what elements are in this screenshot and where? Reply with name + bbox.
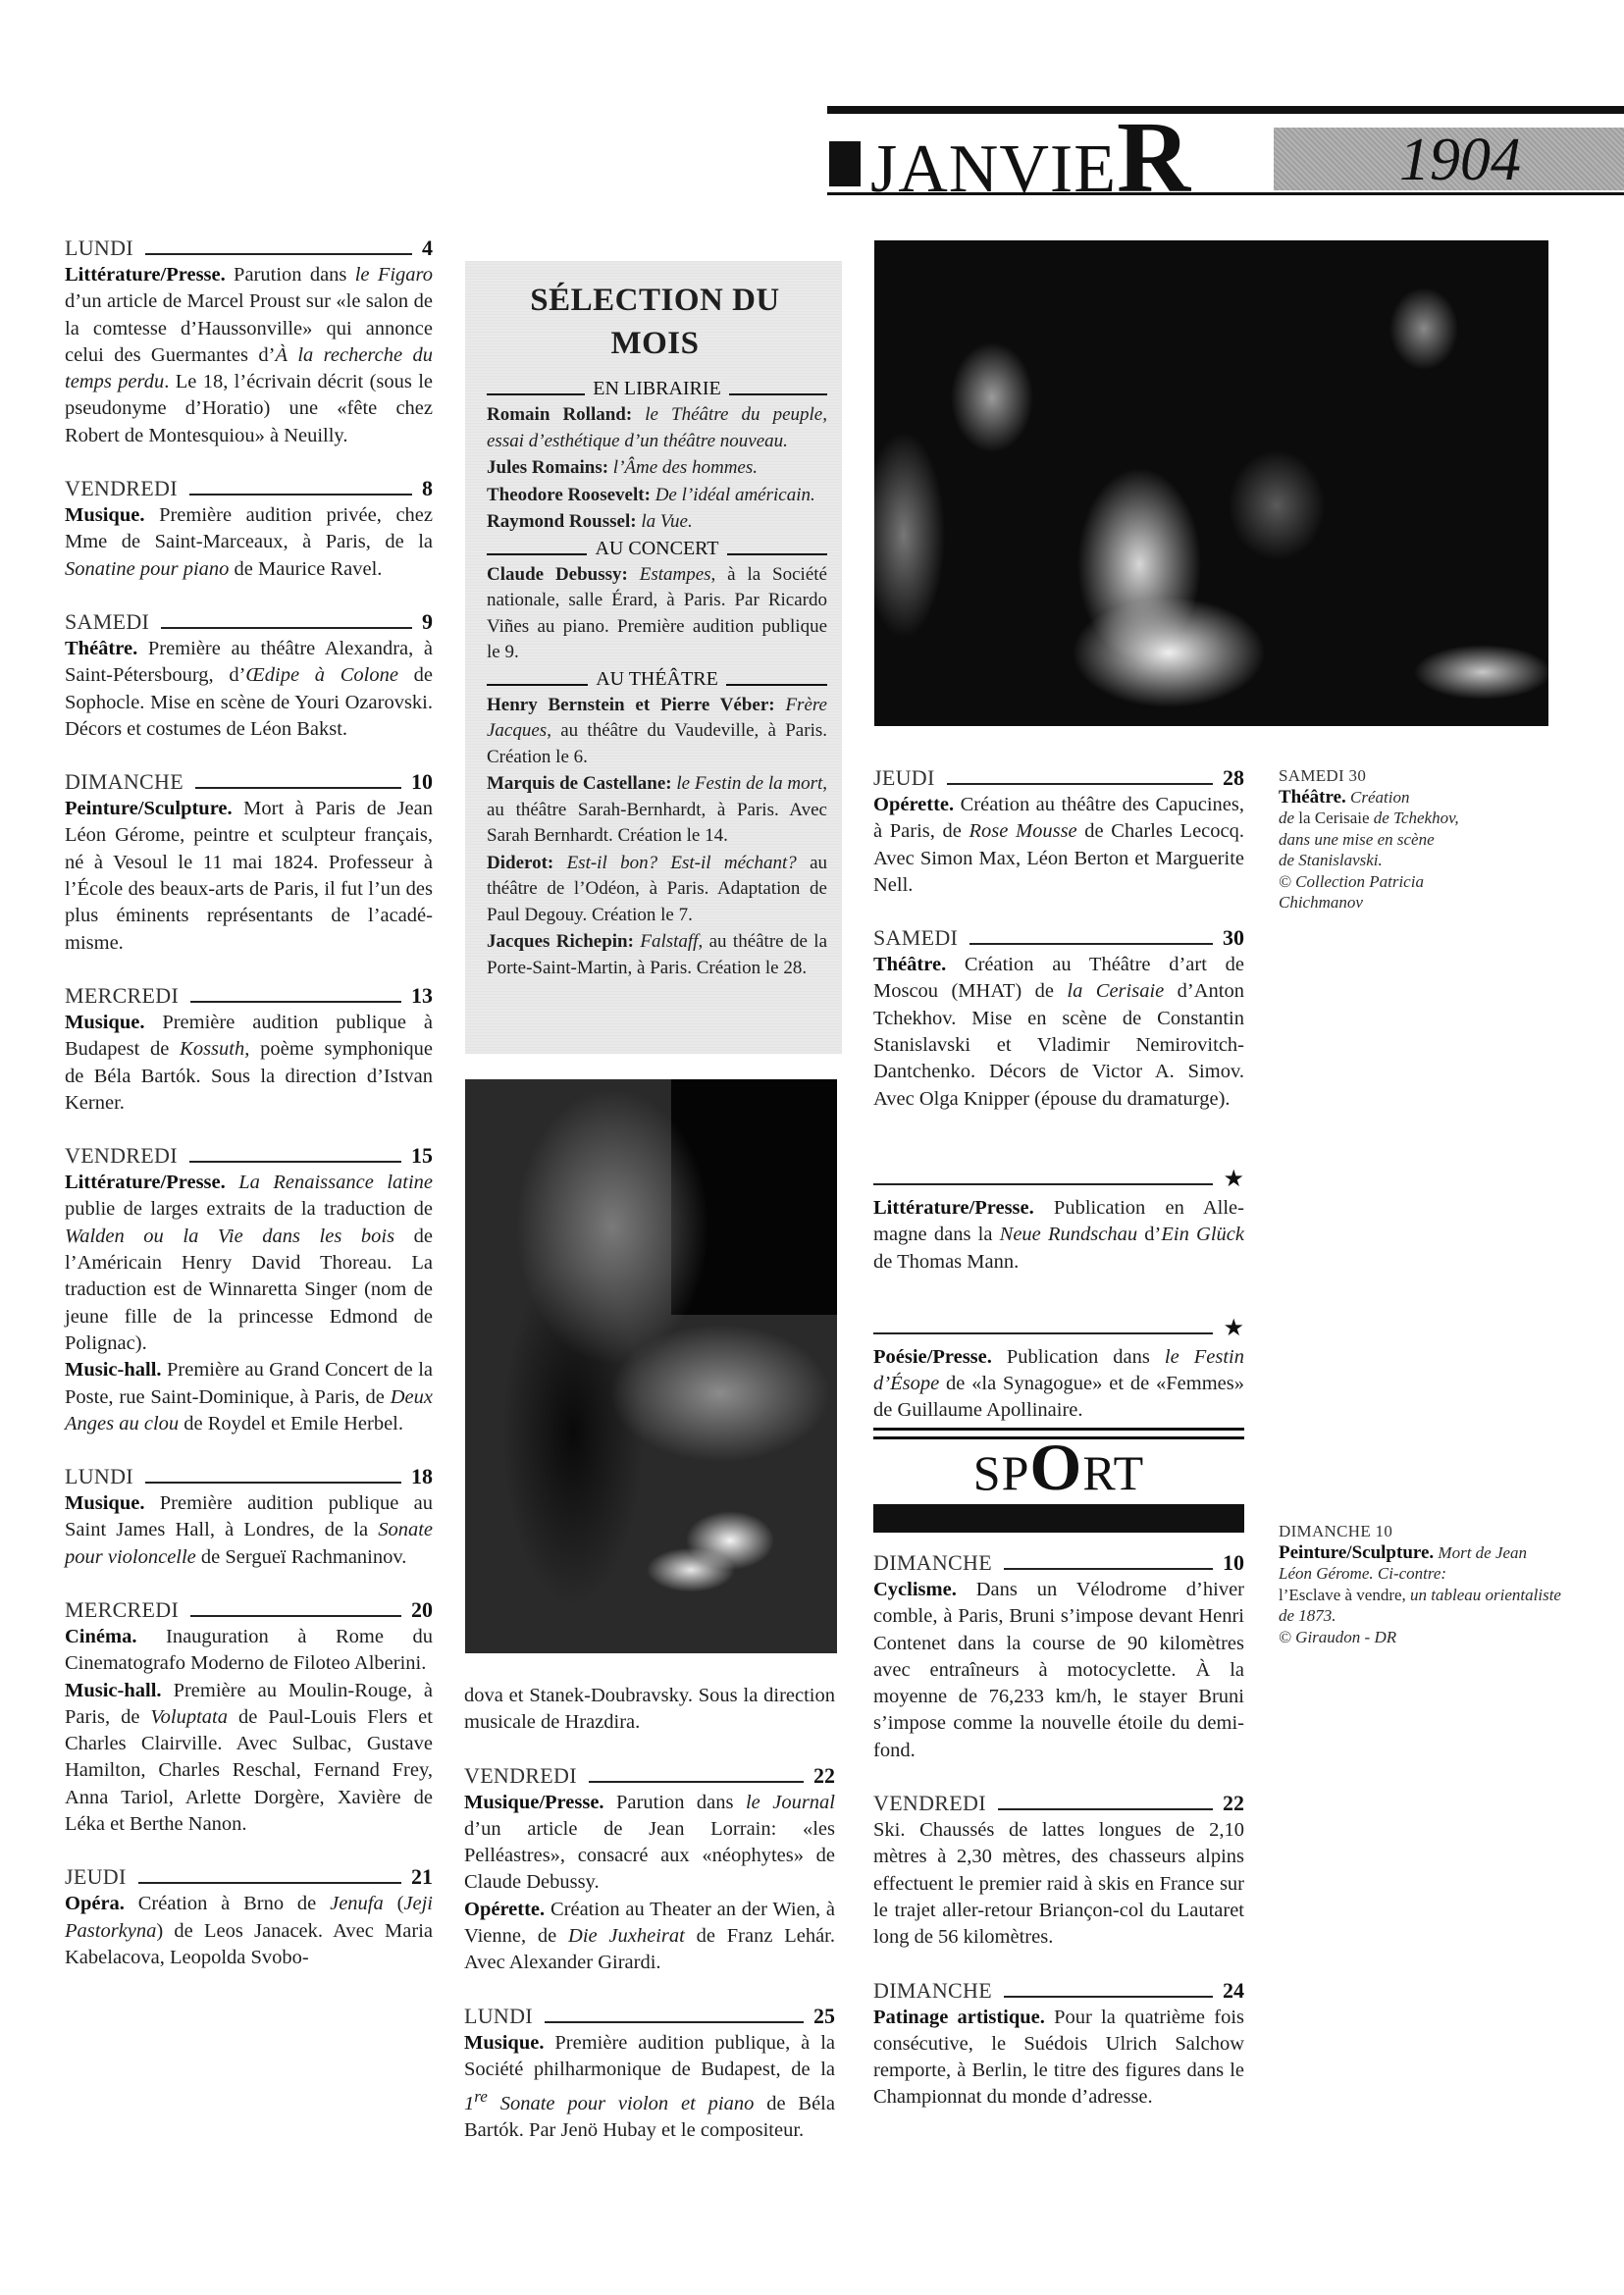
day-number: 10 bbox=[411, 769, 433, 795]
entry-paragraph: Musique. Première audition publique, à l… bbox=[464, 2030, 835, 2145]
entry-paragraph: Music-hall. Première au Moulin-Rouge, à … bbox=[65, 1678, 433, 1839]
chronicle-entry: DIMANCHE24Patinage artistique. Pour la q… bbox=[873, 1978, 1244, 2112]
caption-esclave: DIMANCHE 10 Peinture/Sculpture. Mort de … bbox=[1279, 1521, 1563, 1647]
entry-paragraph: Opérette. Création au théâtre des Capuci… bbox=[873, 792, 1244, 899]
star-header: ★ bbox=[873, 1166, 1244, 1191]
star-rule bbox=[873, 1332, 1213, 1334]
day-header: DIMANCHE10 bbox=[65, 769, 433, 795]
entry-text: La Renaissance latine publie de larges e… bbox=[65, 1172, 433, 1354]
day-name: VENDREDI bbox=[464, 1763, 577, 1789]
sport-section-header: SPORT bbox=[873, 1428, 1244, 1533]
sport-title-part: RT bbox=[1082, 1445, 1144, 1500]
entry-text: Parution dans le Figaro d’un article de … bbox=[65, 264, 433, 446]
selection-item: Henry Bernstein et Pierre Véber: Frère J… bbox=[487, 693, 827, 771]
chronicle-entry: DIMANCHE10Cyclisme. Dans un Vélodrome d’… bbox=[873, 1550, 1244, 1764]
masthead-bottom-rule bbox=[827, 192, 1624, 195]
day-name: DIMANCHE bbox=[873, 1550, 992, 1576]
day-name: VENDREDI bbox=[65, 1143, 178, 1169]
day-header: DIMANCHE24 bbox=[873, 1978, 1244, 2004]
day-header: VENDREDI22 bbox=[464, 1763, 835, 1789]
selection-item: Theodore Roosevelt: De l’idéal améri­cai… bbox=[487, 483, 827, 509]
subheading-rule bbox=[487, 684, 588, 686]
chronicle-entry: JEUDI28Opérette. Création au théâtre des… bbox=[873, 765, 1244, 899]
entry-paragraph: Peinture/Sculpture. Mort à Paris de Jean… bbox=[65, 796, 433, 957]
starred-entries: ★Littérature/Presse. Publication en Alle… bbox=[873, 1166, 1244, 1451]
day-rule bbox=[589, 1781, 804, 1783]
day-rule bbox=[545, 2021, 804, 2023]
chronicle-entry: JEUDI21Opéra. Création à Brno de Jenufa … bbox=[65, 1864, 433, 1971]
caption-day: SAMEDI 30 bbox=[1279, 765, 1563, 787]
column-3-chronicle: JEUDI28Opérette. Création au théâtre des… bbox=[873, 765, 1244, 1139]
chronicle-entry: LUNDI4Littérature/Presse. Parution dans … bbox=[65, 235, 433, 449]
day-number: 25 bbox=[813, 2004, 835, 2029]
entry-category: Opérette. bbox=[464, 1899, 545, 1920]
sport-black-bar bbox=[873, 1504, 1244, 1533]
day-rule bbox=[145, 253, 412, 255]
day-rule bbox=[161, 627, 412, 629]
entry-category: Music-hall. bbox=[65, 1359, 162, 1381]
month-label-last-letter: R bbox=[1117, 101, 1191, 214]
day-number: 22 bbox=[813, 1763, 835, 1789]
entry-paragraph: Théâtre. Création au Théâtre d’art de Mo… bbox=[873, 952, 1244, 1113]
day-header: MERCREDI13 bbox=[65, 983, 433, 1009]
entry-category: Cyclisme. bbox=[873, 1579, 957, 1600]
chronicle-entry: VENDREDI22Ski. Chaussés de lattes longue… bbox=[873, 1791, 1244, 1951]
entry-paragraph: Littérature/Presse. La Renaissance latin… bbox=[65, 1170, 433, 1357]
chronicle-entry: VENDREDI15Littérature/Presse. La Renaiss… bbox=[65, 1143, 433, 1437]
continued-text: dova et Stanek-Doubravsky. Sous la direc… bbox=[464, 1683, 835, 1737]
chronicle-entry: DIMANCHE10Peinture/Sculpture. Mort à Par… bbox=[65, 769, 433, 957]
selection-author: Romain Rolland: bbox=[487, 404, 632, 425]
day-number: 30 bbox=[1223, 925, 1244, 951]
entry-category: Poésie/Presse. bbox=[873, 1346, 992, 1368]
caption-day: DIMANCHE 10 bbox=[1279, 1521, 1563, 1542]
selection-author: Raymond Roussel: bbox=[487, 511, 637, 532]
day-header: JEUDI28 bbox=[873, 765, 1244, 791]
day-name: DIMANCHE bbox=[65, 769, 183, 795]
day-header: VENDREDI15 bbox=[65, 1143, 433, 1169]
entry-paragraph: Musique. Première audition publique à Bu… bbox=[65, 1010, 433, 1117]
year-box: 1904 bbox=[1274, 128, 1624, 190]
chronicle-entry: VENDREDI22Musique/Presse. Parution dans … bbox=[464, 1763, 835, 1977]
entry-paragraph: Opéra. Création à Brno de Jenufa (Jeji P… bbox=[65, 1891, 433, 1971]
cerisaie-cast-photo-image bbox=[874, 240, 1548, 726]
day-name: LUNDI bbox=[65, 1464, 133, 1489]
day-name: LUNDI bbox=[464, 2004, 533, 2029]
chronicle-entry: MERCREDI20Cinéma. Inauguration à Rome du… bbox=[65, 1597, 433, 1838]
entry-paragraph: Musique. Première audition publique au S… bbox=[65, 1490, 433, 1571]
entry-paragraph: Opérette. Création au Theater an der Wie… bbox=[464, 1897, 835, 1977]
selection-item: Jules Romains: l’Âme des hommes. bbox=[487, 455, 827, 482]
selection-subheading: EN LIBRAIRIE bbox=[487, 377, 827, 400]
subheading-rule bbox=[729, 393, 827, 395]
entry-category: Musique. bbox=[464, 2032, 544, 2054]
selection-author: Henry Bernstein et Pierre Véber: bbox=[487, 695, 775, 715]
entry-category: Patinage artistique. bbox=[873, 2007, 1045, 2028]
sport-title-part: SP bbox=[973, 1445, 1030, 1500]
day-rule bbox=[1004, 1568, 1213, 1570]
day-number: 9 bbox=[422, 609, 433, 635]
year-label: 1904 bbox=[1399, 130, 1521, 190]
entry-paragraph: Poésie/Presse. Publication dans le Festi… bbox=[873, 1344, 1244, 1425]
entry-text: Création au Théâtre d’art de Moscou (MHA… bbox=[873, 954, 1244, 1109]
selection-item: Marquis de Castellane: le Festin de la m… bbox=[487, 771, 827, 850]
chronicle-entry: LUNDI18Musique. Première audition publiq… bbox=[65, 1464, 433, 1571]
chronicle-entry: MERCREDI13Musique. Première audition pub… bbox=[65, 983, 433, 1117]
subheading-label: EN LIBRAIRIE bbox=[593, 377, 721, 400]
day-header: SAMEDI30 bbox=[873, 925, 1244, 951]
selection-item: Romain Rolland: le Théâtre du peuple, es… bbox=[487, 402, 827, 454]
caption-category: Peinture/Sculpture. bbox=[1279, 1542, 1434, 1563]
masthead-top-rule bbox=[827, 106, 1624, 114]
star-icon: ★ bbox=[1223, 1317, 1244, 1340]
day-rule bbox=[969, 943, 1213, 945]
day-number: 22 bbox=[1223, 1791, 1244, 1816]
day-name: LUNDI bbox=[65, 235, 133, 261]
selection-work: De l’idéal améri­cain. bbox=[651, 485, 815, 505]
day-header: LUNDI25 bbox=[464, 2004, 835, 2029]
day-header: VENDREDI22 bbox=[873, 1791, 1244, 1816]
selection-work: l’Âme des hommes. bbox=[608, 457, 758, 478]
entry-paragraph: Music-hall. Première au Grand Concert de… bbox=[65, 1357, 433, 1437]
selection-item: Diderot: Est-il bon? Est-il méchant? au … bbox=[487, 851, 827, 929]
star-rule bbox=[873, 1183, 1213, 1185]
selection-subheading: AU CONCERT bbox=[487, 537, 827, 560]
selection-author: Claude Debussy: bbox=[487, 564, 628, 585]
day-rule bbox=[189, 1161, 401, 1163]
entry-category: Théâtre. bbox=[873, 954, 946, 975]
chronicle-entry: LUNDI25Musique. Première audition publiq… bbox=[464, 2004, 835, 2145]
entry-paragraph: Littérature/Presse. Parution dans le Fig… bbox=[65, 262, 433, 449]
day-rule bbox=[138, 1882, 401, 1884]
selection-author: Jules Romains: bbox=[487, 457, 608, 478]
selection-item: Claude Debussy: Estampes, à la Société n… bbox=[487, 562, 827, 666]
subheading-label: AU CONCERT bbox=[595, 537, 718, 560]
selection-item: Jacques Richepin: Falstaff, au théâtre d… bbox=[487, 929, 827, 981]
column-2-entries: VENDREDI22Musique/Presse. Parution dans … bbox=[464, 1763, 835, 2145]
selection-du-mois-box: SÉLECTION DU MOIS EN LIBRAIRIERomain Rol… bbox=[465, 261, 842, 1054]
starred-entry: ★Littérature/Presse. Publication en Alle… bbox=[873, 1166, 1244, 1276]
entry-category: Musique. bbox=[65, 504, 144, 526]
entry-category: Musique/Presse. bbox=[464, 1792, 604, 1813]
selection-work: la Vue. bbox=[637, 511, 693, 532]
entry-text: Première au Moulin-Rouge, à Paris, de Vo… bbox=[65, 1680, 433, 1835]
day-number: 4 bbox=[422, 235, 433, 261]
day-number: 18 bbox=[411, 1464, 433, 1489]
day-number: 8 bbox=[422, 476, 433, 501]
entry-category: Musique. bbox=[65, 1012, 144, 1033]
entry-paragraph: Théâtre. Première au théâtre Alexan­dra,… bbox=[65, 636, 433, 743]
day-name: VENDREDI bbox=[65, 476, 178, 501]
entry-category: Littérature/Presse. bbox=[873, 1197, 1034, 1219]
day-number: 28 bbox=[1223, 765, 1244, 791]
sport-title-big-o: O bbox=[1029, 1430, 1082, 1504]
day-rule bbox=[1004, 1996, 1213, 1998]
day-number: 13 bbox=[411, 983, 433, 1009]
entry-text: Ski. Chaussés de lattes longues de 2,10 … bbox=[873, 1819, 1244, 1948]
day-rule bbox=[190, 1615, 401, 1617]
entry-text: Dans un Vélodrome d’hiver comble, à Pari… bbox=[873, 1579, 1244, 1761]
subheading-rule bbox=[727, 553, 827, 555]
entry-category: Littérature/Presse. bbox=[65, 264, 226, 286]
entry-category: Peinture/Sculpture. bbox=[65, 798, 233, 819]
entry-paragraph: Ski. Chaussés de lattes longues de 2,10 … bbox=[873, 1817, 1244, 1951]
selection-author: Diderot: bbox=[487, 853, 553, 873]
day-name: SAMEDI bbox=[65, 609, 149, 635]
subheading-label: AU THÉÂTRE bbox=[596, 667, 718, 691]
day-name: SAMEDI bbox=[873, 925, 958, 951]
day-number: 21 bbox=[411, 1864, 433, 1890]
day-number: 15 bbox=[411, 1143, 433, 1169]
sport-chronicle: DIMANCHE10Cyclisme. Dans un Vélodrome d’… bbox=[873, 1550, 1244, 2138]
day-name: DIMANCHE bbox=[873, 1978, 992, 2004]
day-header: JEUDI21 bbox=[65, 1864, 433, 1890]
column-2-chronicle: dova et Stanek-Doubravsky. Sous la direc… bbox=[464, 1683, 835, 2171]
day-rule bbox=[998, 1808, 1213, 1810]
day-header: LUNDI18 bbox=[65, 1464, 433, 1489]
day-name: MERCREDI bbox=[65, 1597, 179, 1623]
day-name: VENDREDI bbox=[873, 1791, 986, 1816]
esclave-a-vendre-painting-image bbox=[465, 1079, 837, 1653]
entry-paragraph: Patinage artistique. Pour la quatrième f… bbox=[873, 2005, 1244, 2112]
day-name: JEUDI bbox=[873, 765, 935, 791]
entry-paragraph: Littérature/Presse. Publication en Alle­… bbox=[873, 1195, 1244, 1276]
day-rule bbox=[195, 787, 401, 789]
month-label: JANVIE bbox=[870, 131, 1117, 207]
selection-item: Raymond Roussel: la Vue. bbox=[487, 509, 827, 536]
subheading-rule bbox=[487, 553, 587, 555]
star-header: ★ bbox=[873, 1315, 1244, 1340]
day-name: MERCREDI bbox=[65, 983, 179, 1009]
entry-paragraph: Musique/Presse. Parution dans le Jour­na… bbox=[464, 1790, 835, 1897]
column-1-chronicle: LUNDI4Littérature/Presse. Parution dans … bbox=[65, 235, 433, 1998]
chronicle-entry: VENDREDI8Musique. Première audition priv… bbox=[65, 476, 433, 583]
entry-category: Cinéma. bbox=[65, 1626, 136, 1647]
day-header: MERCREDI20 bbox=[65, 1597, 433, 1623]
masthead: JANVIER 1904 bbox=[827, 106, 1624, 196]
masthead-square-icon bbox=[829, 141, 861, 186]
subheading-rule bbox=[487, 393, 585, 395]
entry-paragraph: Cyclisme. Dans un Vélodrome d’hiver comb… bbox=[873, 1577, 1244, 1764]
entry-category: Musique. bbox=[65, 1492, 144, 1514]
day-rule bbox=[189, 494, 412, 496]
starred-entry: ★Poésie/Presse. Publication dans le Fest… bbox=[873, 1315, 1244, 1425]
day-number: 24 bbox=[1223, 1978, 1244, 2004]
entry-category: Opérette. bbox=[873, 794, 954, 815]
selection-author: Jacques Richepin: bbox=[487, 931, 634, 952]
selection-subheading: AU THÉÂTRE bbox=[487, 667, 827, 691]
star-icon: ★ bbox=[1223, 1168, 1244, 1191]
selection-author: Marquis de Castellane: bbox=[487, 773, 672, 794]
day-name: JEUDI bbox=[65, 1864, 127, 1890]
day-rule bbox=[145, 1482, 401, 1484]
entry-category: Théâtre. bbox=[65, 638, 137, 659]
entry-category: Music-hall. bbox=[65, 1680, 162, 1701]
day-header: VENDREDI8 bbox=[65, 476, 433, 501]
day-header: SAMEDI9 bbox=[65, 609, 433, 635]
entry-category: Opéra. bbox=[65, 1893, 125, 1914]
day-rule bbox=[947, 783, 1213, 785]
entry-text: Mort à Paris de Jean Léon Gérome, peintr… bbox=[65, 798, 433, 953]
caption-category: Théâtre. bbox=[1279, 787, 1346, 808]
day-header: DIMANCHE10 bbox=[873, 1550, 1244, 1576]
day-header: LUNDI4 bbox=[65, 235, 433, 261]
day-number: 20 bbox=[411, 1597, 433, 1623]
selection-author: Theodore Roosevelt: bbox=[487, 485, 651, 505]
entry-paragraph: Cinéma. Inauguration à Rome du Cinematog… bbox=[65, 1624, 433, 1678]
day-rule bbox=[190, 1001, 401, 1003]
caption-cerisaie: SAMEDI 30 Théâtre. Créationde la Cerisai… bbox=[1279, 765, 1563, 913]
chronicle-entry: SAMEDI30Théâtre. Création au Théâtre d’a… bbox=[873, 925, 1244, 1113]
selection-sections: EN LIBRAIRIERomain Rolland: le Théâtre d… bbox=[487, 377, 827, 981]
subheading-rule bbox=[726, 684, 827, 686]
day-number: 10 bbox=[1223, 1550, 1244, 1576]
chronicle-entry: SAMEDI9Théâtre. Première au théâtre Alex… bbox=[65, 609, 433, 743]
selection-title: SÉLECTION DU MOIS bbox=[483, 279, 827, 365]
entry-category: Littérature/Presse. bbox=[65, 1172, 226, 1193]
entry-paragraph: Musique. Première audition privée, chez … bbox=[65, 502, 433, 583]
sport-title: SPORT bbox=[873, 1439, 1244, 1502]
